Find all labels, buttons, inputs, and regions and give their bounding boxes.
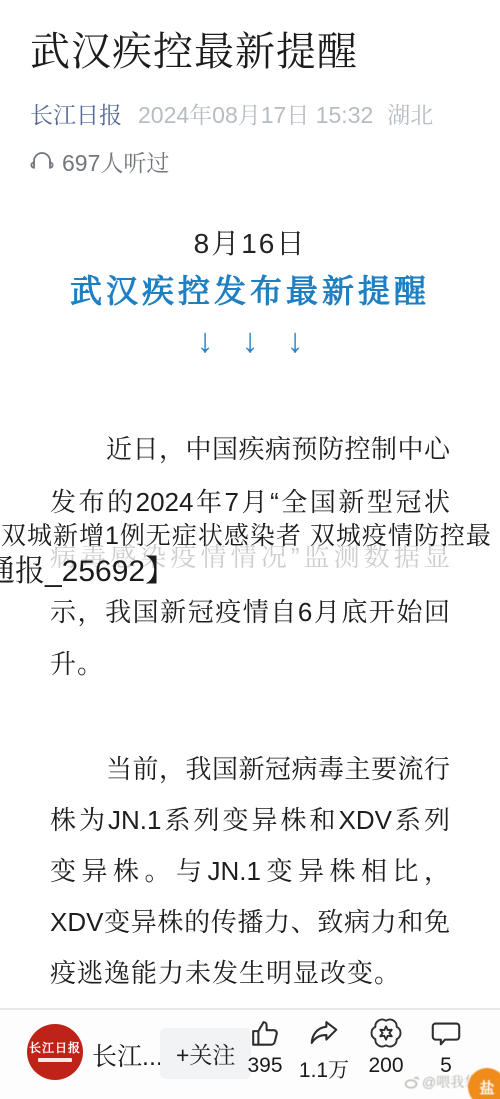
weibo-watermark-icon xyxy=(404,1075,420,1089)
overlay-title-line2: 通报_25692】 xyxy=(0,546,175,590)
comment-button[interactable]: 5 xyxy=(410,1016,482,1078)
paragraph-line: 升。 xyxy=(50,648,450,680)
footer-bar: 长江日报 长江... +关注 395 1.1万 200 xyxy=(0,1008,500,1099)
account-name[interactable]: 长江... xyxy=(92,1037,163,1073)
badge-char: 盐 xyxy=(479,1077,494,1098)
down-arrows: ↓↓↓ xyxy=(0,322,500,361)
flower-icon xyxy=(369,1016,403,1050)
caption-overlay: 双城新增1例无症状感染者 双城疫情防控最 通报_25692】 xyxy=(0,514,500,592)
blue-heading-link[interactable]: 武汉疾控发布最新提醒 xyxy=(0,266,500,312)
share-arrow-icon xyxy=(307,1016,341,1050)
date-heading: 8月16日 xyxy=(0,222,500,262)
avatar-logo-text: 长江日报 xyxy=(29,1042,81,1055)
publish-date: 2024年08月17日 15:32 xyxy=(138,102,373,128)
paragraph-line: 当前，我国新冠病毒主要流行 xyxy=(50,753,450,785)
listen-count: 697人听过 xyxy=(62,145,169,178)
paragraph-line: 株为JN.1系列变异株和XDV系列 xyxy=(50,804,450,836)
headphones-icon xyxy=(30,149,54,173)
watermark-badge: 盐 xyxy=(468,1068,500,1099)
paragraph-line: 疫逃逸能力未发生明显改变。 xyxy=(50,957,450,989)
avatar[interactable]: 长江日报 xyxy=(27,1024,83,1080)
publish-location: 湖北 xyxy=(387,102,433,128)
weibo-watermark: @喂我袋 xyxy=(404,1072,478,1092)
source-account-link[interactable]: 长江日报 xyxy=(30,102,122,128)
paragraph-line: 近日，中国疾病预防控制中心 xyxy=(50,433,450,465)
paragraph-line: 变异株。与JN.1变异株相比， xyxy=(50,855,450,887)
paragraph-line: XDV变异株的传播力、致病力和免 xyxy=(50,906,450,938)
flower-count: 200 xyxy=(368,1054,403,1078)
avatar-banner xyxy=(38,1058,72,1062)
share-count: 1.1万 xyxy=(299,1054,349,1084)
comment-bubble-icon xyxy=(429,1016,463,1050)
paragraph-line: 示，我国新冠疫情自6月底开始回 xyxy=(50,596,450,628)
byline: 长江日报2024年08月17日 15:32湖北 xyxy=(30,100,490,130)
article-title: 武汉疾控最新提醒 xyxy=(30,26,470,78)
thumb-up-icon xyxy=(248,1016,282,1050)
like-count: 395 xyxy=(247,1054,282,1078)
listen-audio-row[interactable]: 697人听过 xyxy=(30,146,169,176)
